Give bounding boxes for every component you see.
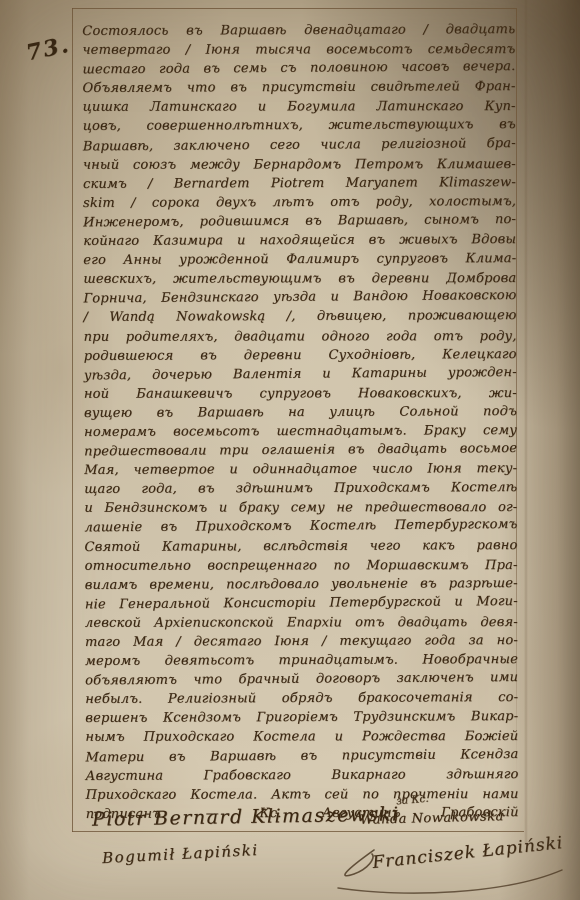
handwritten-line: вершенъ Ксендзомъ Григоріемъ Трудзинским… bbox=[85, 707, 518, 728]
handwritten-line: родившеюся въ деревни Суходніовѣ, Келецк… bbox=[84, 345, 517, 366]
handwritten-line: койнаго Казимира и находящейся въ живыхъ… bbox=[83, 230, 516, 251]
handwritten-line: предшествовали три оглашенія въ двадцать… bbox=[84, 439, 517, 461]
frame-left-line bbox=[72, 8, 73, 832]
handwritten-line: Матери въ Варшавѣ въ присутствіи Ксендза bbox=[85, 745, 518, 767]
frame-top-line bbox=[72, 8, 516, 9]
handwritten-line: относительно воспрещеннаго по Моршавским… bbox=[85, 556, 518, 576]
handwritten-line: объявляютъ что брачный договоръ заключен… bbox=[85, 668, 518, 690]
record-number: 73. bbox=[24, 32, 73, 67]
signature-witness-left: Bogumił Łapiński bbox=[102, 841, 259, 867]
handwritten-line: цовъ, совершеннолѣтнихъ, жительствующихъ… bbox=[83, 116, 516, 137]
manuscript-page: 73. Состоялось въ Варшавѣ двенадцатаго /… bbox=[0, 0, 580, 900]
handwritten-line: уѣзда, дочерью Валентія и Катарины урожд… bbox=[84, 363, 517, 385]
handwritten-line: ніе Генеральной Консисторіи Петербургско… bbox=[85, 592, 518, 614]
handwritten-line: Инженеромъ, родившимся въ Варшавѣ, сыном… bbox=[83, 210, 516, 232]
handwritten-line: / Wandą Nowakowską /, дѣвицею, проживающ… bbox=[84, 306, 517, 327]
handwritten-line: левской Архіепископской Епархіи отъ двад… bbox=[85, 613, 518, 633]
signature-witness-right: Franciszek Łapiński bbox=[371, 833, 564, 873]
handwritten-line: Варшавѣ, заключено сего числа религіозно… bbox=[83, 134, 516, 156]
handwritten-line: Приходскаго Костела. Актъ сей по прочтен… bbox=[86, 785, 519, 805]
handwritten-line: щаго года, въ здѣшнимъ Приходскамъ Косте… bbox=[84, 478, 517, 499]
handwritten-line: Горнича, Бендзинскаго уѣзда и Вандою Нов… bbox=[83, 286, 516, 308]
handwritten-line: шестаго года въ семь съ половиною часовъ… bbox=[82, 57, 515, 79]
handwritten-line: нымъ Приходскаго Костела и Рождества Бож… bbox=[85, 727, 518, 747]
frame-bottom-line bbox=[72, 831, 524, 832]
handwritten-line: цишка Латинскаго и Богумила Латинскаго К… bbox=[83, 97, 516, 117]
handwritten-line: скимъ / Bernardem Piotrem Maryanem Klima… bbox=[83, 173, 516, 194]
signature-groom: Piotr Bernard Klimaszewski bbox=[92, 803, 400, 830]
handwritten-line: его Анны урожденной Фалимиръ супруговъ К… bbox=[83, 249, 516, 270]
page-crease bbox=[524, 0, 528, 845]
handwritten-line: лашеніе въ Приходскомъ Костелѣ Петербург… bbox=[84, 515, 517, 537]
record-body: Состоялось въ Варшавѣ двенадцатаго / два… bbox=[82, 20, 518, 824]
handwritten-line: ной Банашкевичъ супруговъ Новаковскихъ, … bbox=[84, 384, 517, 404]
handwritten-line: Объявляемъ что въ присутствіи свидѣтелей… bbox=[83, 77, 516, 98]
handwritten-line: вущею въ Варшавѣ на улицѣ Сольной подъ bbox=[84, 402, 517, 423]
handwritten-line: чный союзъ между Бернардомъ Петромъ Клим… bbox=[83, 155, 516, 175]
handwritten-line: Мая, четвертое и одиннадцатое число Іюня… bbox=[84, 459, 517, 480]
handwritten-line: таго Мая / десятаго Іюня / текущаго года… bbox=[85, 631, 518, 652]
handwritten-line: Святой Катарины, вслѣдствія чего какъ ра… bbox=[85, 536, 518, 557]
handwritten-line: небылъ. Религіозный обрядъ бракосочетані… bbox=[85, 688, 518, 709]
signature-bride: Wanda Nowakowska bbox=[360, 809, 504, 828]
handwritten-line: Состоялось въ Варшавѣ двенадцатаго / два… bbox=[82, 20, 515, 41]
handwritten-line: при родителяхъ, двадцати одного года отъ… bbox=[84, 327, 517, 347]
handwritten-line: Августина Грабовскаго Викарнаго здѣшняго bbox=[86, 765, 519, 786]
